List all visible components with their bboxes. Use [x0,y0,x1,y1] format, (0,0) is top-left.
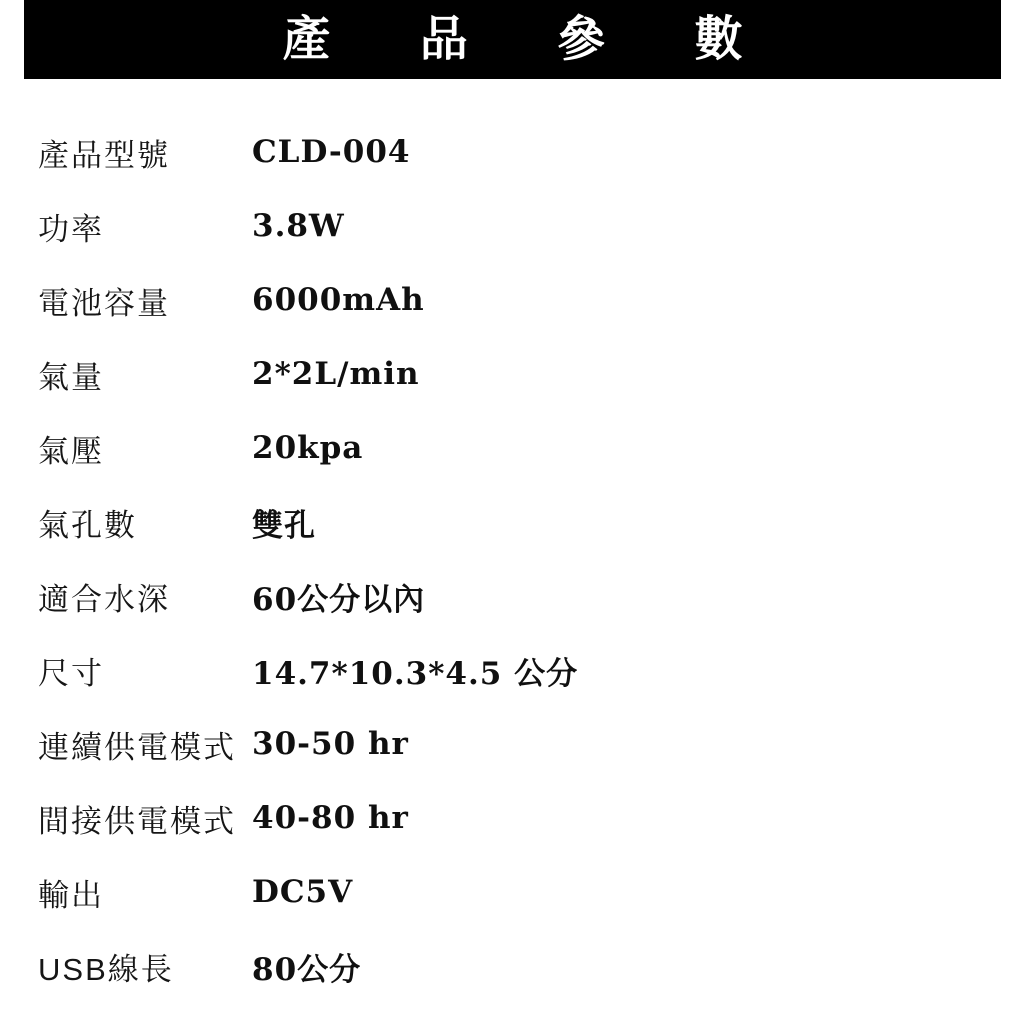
spec-value: CLD-004 [252,134,411,170]
spec-value: 20kpa [252,430,363,466]
spec-row: USB線長 80公分 [38,929,1024,1003]
spec-row: 間接供電模式 40-80 hr [38,781,1024,855]
spec-sheet: 產 品 參 數 產品型號 CLD-004 功率 3.8W 電池容量 6000mA… [0,0,1024,1024]
spec-label: 氣壓 [38,426,252,471]
spec-value: 60公分以內 [252,574,425,619]
spec-label: 間接供電模式 [38,796,252,841]
spec-value: 6000mAh [252,282,425,318]
spec-label: 氣量 [38,352,252,397]
spec-label: 尺寸 [38,648,252,693]
spec-label: 產品型號 [38,130,252,175]
spec-list: 產品型號 CLD-004 功率 3.8W 電池容量 6000mAh 氣量 2*2… [0,79,1024,1003]
spec-value: 14.7*10.3*4.5 公分 [252,648,578,693]
spec-value: 40-80 hr [252,800,409,836]
spec-row: 輸出 DC5V [38,855,1024,929]
spec-row: 連續供電模式 30-50 hr [38,707,1024,781]
spec-row: 尺寸 14.7*10.3*4.5 公分 [38,633,1024,707]
spec-label: 電池容量 [38,278,252,323]
spec-row: 電池容量 6000mAh [38,263,1024,337]
spec-label: USB線長 [38,944,252,989]
spec-label: 輸出 [38,870,252,915]
page-title: 產 品 參 數 [244,16,780,64]
spec-label: 連續供電模式 [38,722,252,767]
spec-row: 適合水深 60公分以內 [38,559,1024,633]
spec-value: DC5V [252,874,353,910]
spec-value: 雙孔 [252,500,316,545]
spec-row: 產品型號 CLD-004 [38,115,1024,189]
spec-row: 功率 3.8W [38,189,1024,263]
spec-label: 氣孔數 [38,500,252,545]
spec-value: 80公分 [252,944,361,989]
spec-label: 適合水深 [38,574,252,619]
spec-label: 功率 [38,204,252,249]
header-bar: 產 品 參 數 [24,0,1001,79]
spec-value: 3.8W [252,208,345,244]
spec-value: 2*2L/min [252,356,420,392]
spec-row: 氣孔數 雙孔 [38,485,1024,559]
spec-row: 氣量 2*2L/min [38,337,1024,411]
spec-row: 氣壓 20kpa [38,411,1024,485]
spec-value: 30-50 hr [252,726,409,762]
